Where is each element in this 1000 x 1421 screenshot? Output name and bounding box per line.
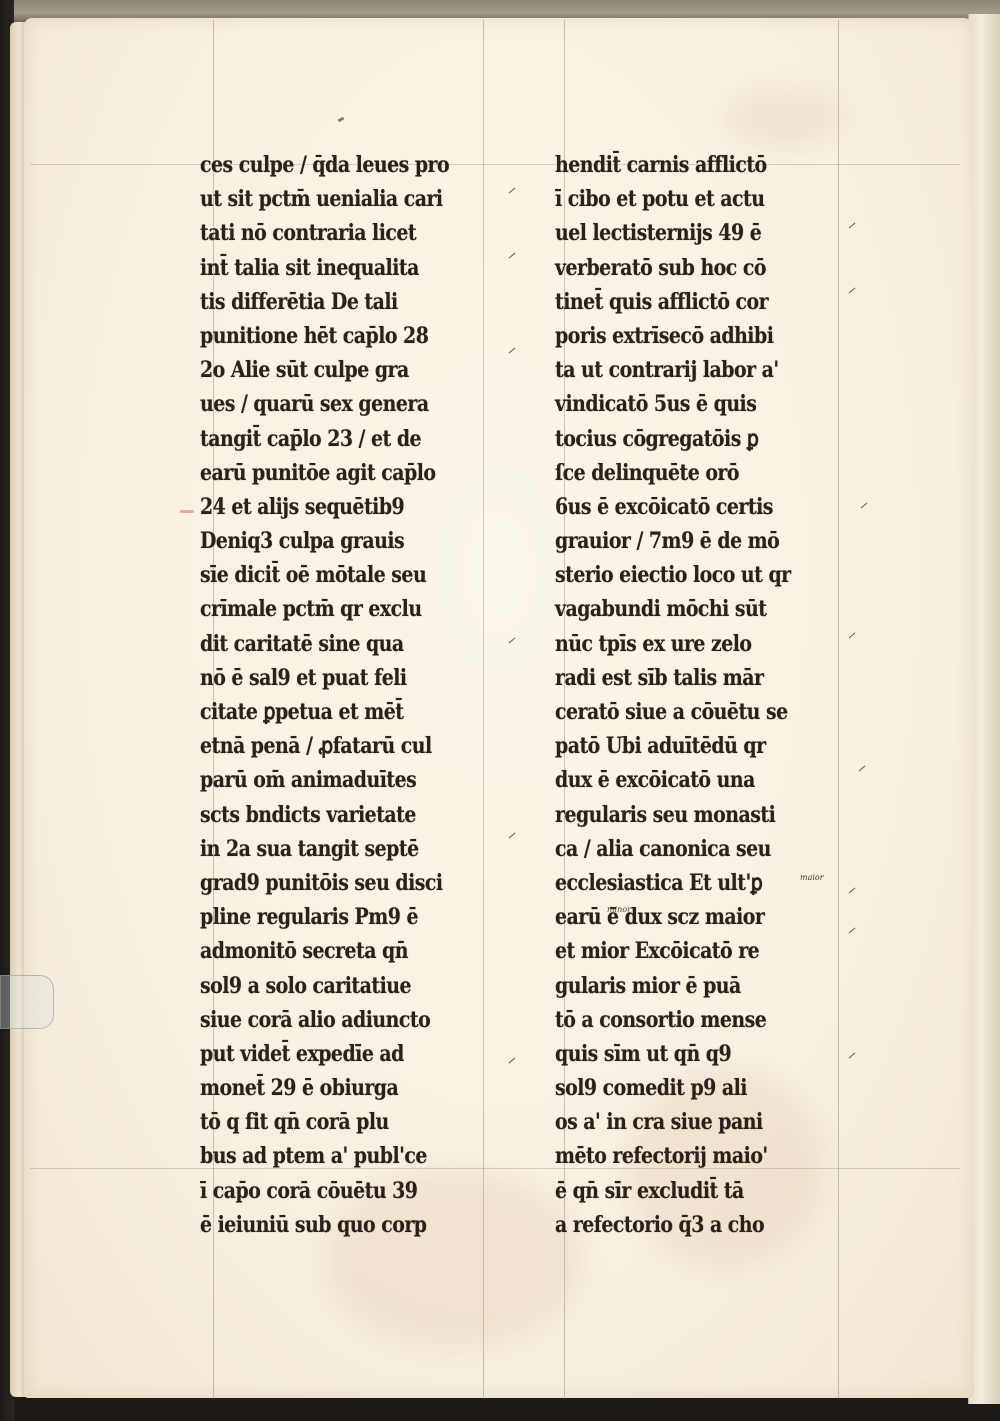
text-line: grauior / 7m9 ē de mō — [555, 524, 813, 558]
text-line: tangit̄ cap̄lo 23 / et de — [200, 422, 458, 456]
text-line: earū punitōe agit cap̄lo — [200, 456, 458, 490]
text-line: crīmale pctm̄ qr exclu — [200, 592, 458, 626]
text-line: nūc tpīs ex ure zelo — [555, 627, 813, 661]
text-line: hendit̄ carnis afflictō — [555, 148, 813, 182]
gloss-minor: minor — [607, 905, 631, 914]
text-line: vagabundi mōchi sūt — [555, 592, 813, 626]
text-line: scts bndicts varietate — [200, 798, 458, 832]
text-line: ceratō siue a cōuētu se — [555, 695, 813, 729]
gloss-maior: maior — [800, 873, 824, 882]
text-line: 2o Alie sūt culpe gra — [200, 353, 458, 387]
text-column-right: hendit̄ carnis afflictō ī cibo et potu e… — [555, 148, 855, 1242]
text-column-left: ces culpe / q̄da leues pro ut sit pctm̄ … — [200, 148, 500, 1242]
text-line: sol9 a solo caritatiue — [200, 969, 458, 1003]
text-line: Deniq3 culpa grauis — [200, 524, 458, 558]
text-line: uel lectisternijs 49 ē — [555, 216, 813, 250]
text-line: tō q fit qn̄ corā plu — [200, 1105, 458, 1139]
text-line: ut sit pctm̄ uenialia cari — [200, 182, 458, 216]
text-line: earū ē dux scz maior — [555, 900, 813, 934]
text-line: gularis mior ē puā — [555, 969, 813, 1003]
text-line: sīe dicit̄ oē mōtale seu — [200, 558, 458, 592]
text-line: ca / alia canonica seu — [555, 832, 813, 866]
text-line: siue corā alio adiuncto — [200, 1003, 458, 1037]
text-line: ſce delinquēte orō — [555, 456, 813, 490]
page-clip — [0, 975, 54, 1029]
text-line: ē qn̄ sīr excludit̄ tā — [555, 1174, 813, 1208]
text-line: punitione hēt cap̄lo 28 — [200, 319, 458, 353]
text-line: tis differētia De tali — [200, 285, 458, 319]
text-line: 24 et alijs sequētib9 — [200, 490, 458, 524]
text-line: et mior Excōicatō re — [555, 934, 813, 968]
text-line: sterio eiectio loco ut qr — [555, 558, 813, 592]
text-line: dit caritatē sine qua — [200, 627, 458, 661]
text-line: citate ꝑpetua et mēt̄ — [200, 695, 458, 729]
rubric-mark — [180, 510, 194, 513]
text-line: 6us ē excōicatō certis — [555, 490, 813, 524]
stain — [724, 88, 844, 148]
text-line: pline regularis Pm9 ē — [200, 900, 458, 934]
text-line: parū om̄ animaduītes — [200, 763, 458, 797]
text-line: ē ieiuniū sub quo corp — [200, 1208, 458, 1242]
text-line: a refectorio q̄3 a cho — [555, 1208, 813, 1242]
text-line: ces culpe / q̄da leues pro — [200, 148, 458, 182]
text-line: tō a consortio mense — [555, 1003, 813, 1037]
text-line: ī cap̄o corā cōuētu 39 — [200, 1174, 458, 1208]
text-line: verberatō sub hoc cō — [555, 251, 813, 285]
text-line: bus ad ptem a' publ'ce — [200, 1139, 458, 1173]
text-line: patō Ubi aduītēdū qr — [555, 729, 813, 763]
text-line: radi est sīb talis mār — [555, 661, 813, 695]
text-line: dux ē excōicatō una — [555, 763, 813, 797]
text-line: ecclesiastica Et ult'ꝑ — [555, 866, 813, 900]
text-line: regularis seu monasti — [555, 798, 813, 832]
text-line: tati nō contraria licet — [200, 216, 458, 250]
text-line: ta ut contrarij labor a' — [555, 353, 813, 387]
text-line: admonitō secreta qn̄ — [200, 934, 458, 968]
text-line: int̄ talia sit inequalita — [200, 251, 458, 285]
text-line: monet̄ 29 ē obiurga — [200, 1071, 458, 1105]
text-line: grad9 punitōis seu disci — [200, 866, 458, 900]
text-line: tinet̄ quis afflictō cor — [555, 285, 813, 319]
text-line: put videt̄ expedīe ad — [200, 1037, 458, 1071]
text-line: in 2a sua tangit septē — [200, 832, 458, 866]
text-line: quis sīm ut qn̄ q9 — [555, 1037, 813, 1071]
text-line: sol9 comedit p9 ali — [555, 1071, 813, 1105]
text-line: ues / quarū sex genera — [200, 387, 458, 421]
text-line: os a' in cra siue pani — [555, 1105, 813, 1139]
text-line: vindicatō 5us ē quis — [555, 387, 813, 421]
text-line: tocius cōgregatōis ꝑ — [555, 422, 813, 456]
text-line: ī cibo et potu et actu — [555, 182, 813, 216]
text-line: etnā penā / ꝓfatarū cul — [200, 729, 458, 763]
text-line: mēto refectorij maio' — [555, 1139, 813, 1173]
text-line: nō ē sal9 et puat feli — [200, 661, 458, 695]
text-line: poris extrīsecō adhibi — [555, 319, 813, 353]
